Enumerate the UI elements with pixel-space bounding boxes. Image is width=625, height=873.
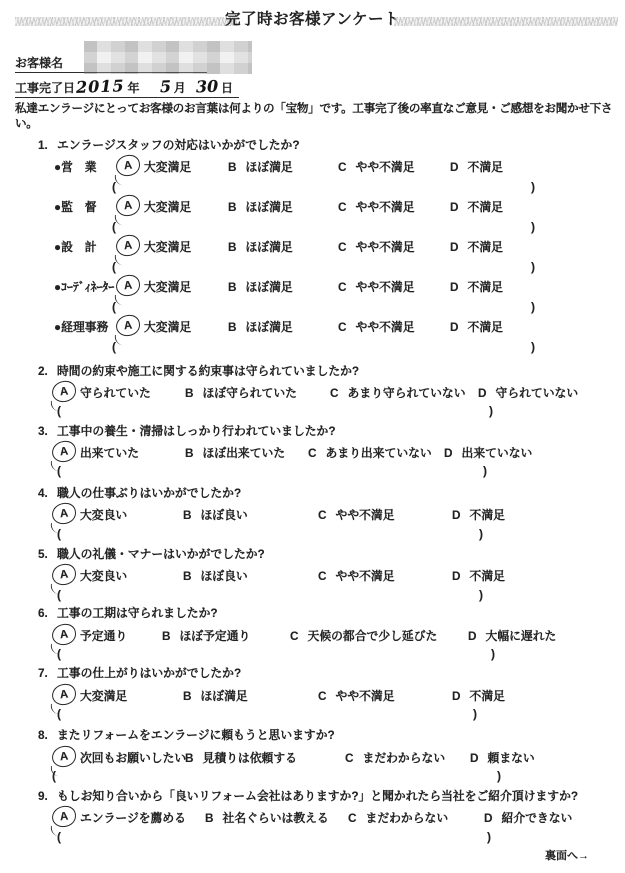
option: Cあまり守られていない — [330, 384, 466, 401]
staff-role-label: ●設 計 — [54, 238, 97, 255]
question-number: 9. — [38, 789, 57, 803]
question-heading: 9.もしお知り合いから「良いリフォーム会社はありますか?」と聞かれたら当社をご紹… — [38, 787, 578, 804]
option-letter: D — [444, 446, 453, 460]
option-letter: B — [185, 446, 194, 460]
selected-answer-letter: A — [123, 239, 133, 252]
paren-close: ) — [531, 260, 535, 274]
option-text: まだわからない — [363, 751, 446, 765]
survey-page: 完了時お客様アンケート お客様名 工事完了日2015年5月30日 私達エンラージ… — [0, 0, 625, 873]
comment-line: () — [0, 830, 625, 850]
option-text: 不満足 — [468, 160, 503, 174]
option: D大幅に遅れた — [468, 627, 556, 644]
option-letter: C — [318, 508, 327, 522]
selected-option-text: 大変良い — [80, 567, 127, 584]
option-letter: B — [228, 320, 237, 334]
question-number: 6. — [38, 606, 57, 620]
selected-answer-circle: A — [115, 234, 141, 257]
question-text: 工事の仕上がりはいかがでしたか? — [57, 666, 241, 680]
selected-option-text: 次回もお願いしたい — [80, 749, 186, 766]
option: D守られていない — [478, 384, 578, 401]
comment-line: () — [0, 707, 625, 727]
option-text: やや不満足 — [336, 689, 395, 703]
paren-close: ) — [491, 647, 495, 661]
staff-role-text: 経理事務 — [61, 320, 108, 334]
option: Cやや不満足 — [338, 158, 415, 175]
selected-option-text: 大変満足 — [144, 318, 191, 335]
comment-line: () — [0, 769, 625, 789]
selected-answer-circle: A — [51, 440, 77, 463]
option: Cやや不満足 — [318, 567, 395, 584]
option-text: ほぼ良い — [201, 569, 248, 583]
questions-section: 1.エンラージスタッフの対応はいかがでしたか?●営 業A大変満足Bほぼ満足Cやや… — [0, 0, 625, 873]
paren-open: ( — [57, 647, 61, 661]
question-text: 工事中の養生・清掃はしっかり行われていましたか? — [57, 424, 336, 438]
option-letter: B — [228, 280, 237, 294]
option-text: ほぼ満足 — [246, 280, 293, 294]
comment-line: () — [0, 527, 625, 547]
option-text: 不満足 — [468, 280, 503, 294]
option-letter: C — [338, 240, 347, 254]
selected-answer-letter: A — [59, 445, 69, 458]
option-text: 大幅に遅れた — [486, 629, 557, 643]
paren-open: ( — [57, 588, 61, 602]
option: D不満足 — [450, 198, 503, 215]
comment-line: () — [0, 300, 625, 320]
paren-close: ) — [479, 588, 483, 602]
question-heading: 2.時間の約束や施工に関する約束事は守られていましたか? — [38, 362, 359, 379]
option: D不満足 — [450, 158, 503, 175]
staff-role-label: ●ｺｰﾃﾞｨﾈｰﾀｰ — [54, 278, 114, 295]
option: Bほぼ出来ていた — [185, 444, 285, 461]
option-letter: C — [318, 569, 327, 583]
selected-answer-letter: A — [59, 750, 69, 763]
paren-open: ( — [112, 220, 116, 234]
option-letter: B — [185, 386, 194, 400]
option-text: ほぼ出来ていた — [203, 446, 286, 460]
option: Bほぼ満足 — [228, 318, 293, 335]
paren-open: ( — [112, 260, 116, 274]
option: D不満足 — [452, 567, 505, 584]
option-row: Aエンラージを薦めるB社名ぐらいは教えるCまだわからないD紹介できない — [0, 809, 625, 829]
option-text: ほぼ良い — [201, 508, 248, 522]
question-heading: 4.職人の仕事ぶりはいかがでしたか? — [38, 484, 241, 501]
option-letter: B — [205, 811, 214, 825]
selected-answer-letter: A — [59, 568, 69, 581]
option-text: ほぼ満足 — [246, 200, 293, 214]
option: Bほぼ満足 — [228, 238, 293, 255]
staff-option-row: ●営 業A大変満足Bほぼ満足Cやや不満足D不満足 — [0, 158, 625, 178]
option: D紹介できない — [484, 809, 572, 826]
selected-option-text: エンラージを薦める — [80, 809, 186, 826]
selected-option-text: 出来ていた — [80, 444, 139, 461]
option-text: ほぼ満足 — [201, 689, 248, 703]
paren-open: ( — [57, 404, 61, 418]
option-letter: D — [468, 629, 477, 643]
question-number: 2. — [38, 364, 57, 378]
selected-answer-letter: A — [123, 199, 133, 212]
option-text: 社名ぐらいは教える — [223, 811, 329, 825]
staff-role-text: 設 計 — [61, 240, 96, 254]
selected-answer-letter: A — [123, 279, 133, 292]
question-heading: 6.工事の工期は守られましたか? — [38, 604, 218, 621]
option-letter: B — [228, 240, 237, 254]
option-text: 不満足 — [470, 689, 505, 703]
option-text: 不満足 — [470, 569, 505, 583]
selected-answer-circle: A — [115, 314, 141, 337]
option: D不満足 — [450, 238, 503, 255]
option: B社名ぐらいは教える — [205, 809, 329, 826]
option-letter: B — [162, 629, 171, 643]
selected-option-text: 守られていた — [80, 384, 151, 401]
paren-close: ) — [479, 527, 483, 541]
option-text: 不満足 — [470, 508, 505, 522]
option-letter: B — [228, 160, 237, 174]
question-number: 5. — [38, 547, 57, 561]
option-text: ほぼ満足 — [246, 320, 293, 334]
paren-close: ) — [531, 340, 535, 354]
selected-answer-circle: A — [51, 745, 77, 768]
option: Bほぼ良い — [183, 506, 248, 523]
option-text: やや不満足 — [356, 240, 415, 254]
selected-answer-circle: A — [51, 502, 77, 525]
option-letter: C — [330, 386, 339, 400]
option-row: A大変良いBほぼ良いCやや不満足D不満足 — [0, 567, 625, 587]
selected-answer-letter: A — [59, 507, 69, 520]
option-text: やや不満足 — [356, 200, 415, 214]
option: D不満足 — [452, 506, 505, 523]
question-number: 1. — [38, 138, 57, 152]
option: Cやや不満足 — [318, 506, 395, 523]
option: Cやや不満足 — [338, 198, 415, 215]
selected-answer-circle: A — [51, 380, 77, 403]
option-row: A予定通りBほぼ予定通りC天候の都合で少し延びたD大幅に遅れた — [0, 627, 625, 647]
paren-open: ( — [112, 340, 116, 354]
question-heading: 5.職人の礼儀・マナーはいかがでしたか? — [38, 545, 265, 562]
option-letter: B — [183, 689, 192, 703]
option-letter: C — [338, 280, 347, 294]
paren-open: ( — [112, 180, 116, 194]
comment-line: () — [0, 260, 625, 280]
option: D不満足 — [452, 687, 505, 704]
staff-role-text: 営 業 — [61, 160, 96, 174]
paren-open: ( — [57, 830, 61, 844]
question-heading: 7.工事の仕上がりはいかがでしたか? — [38, 664, 241, 681]
selected-answer-letter: A — [123, 319, 133, 332]
option-text: 守られていない — [496, 386, 579, 400]
paren-close: ) — [483, 464, 487, 478]
staff-option-row: ●ｺｰﾃﾞｨﾈｰﾀｰA大変満足Bほぼ満足Cやや不満足D不満足 — [0, 278, 625, 298]
option-text: 紹介できない — [502, 811, 573, 825]
paren-open: ( — [57, 527, 61, 541]
option-letter: D — [484, 811, 493, 825]
option-letter: C — [308, 446, 317, 460]
question-text: 工事の工期は守られましたか? — [57, 606, 218, 620]
selected-answer-circle: A — [115, 274, 141, 297]
option-letter: C — [338, 160, 347, 174]
paren-close: ) — [531, 180, 535, 194]
staff-option-row: ●監 督A大変満足Bほぼ満足Cやや不満足D不満足 — [0, 198, 625, 218]
option-letter: D — [450, 320, 459, 334]
selected-option-text: 大変満足 — [80, 687, 127, 704]
option-letter: C — [290, 629, 299, 643]
option-row: A守られていたBほぼ守られていたCあまり守られていないD守られていない — [0, 384, 625, 404]
option-letter: D — [450, 240, 459, 254]
comment-line: () — [0, 340, 625, 360]
option: Bほぼ守られていた — [185, 384, 297, 401]
paren-open: ( — [57, 707, 61, 721]
comment-line: () — [0, 180, 625, 200]
selected-answer-circle: A — [115, 154, 141, 177]
option-row: A大変満足Bほぼ満足Cやや不満足D不満足 — [0, 687, 625, 707]
selected-answer-circle: A — [51, 563, 77, 586]
question-text: エンラージスタッフの対応はいかがでしたか? — [57, 138, 300, 152]
selected-answer-letter: A — [123, 159, 133, 172]
option: D不満足 — [450, 278, 503, 295]
option-letter: D — [452, 689, 461, 703]
option: D出来ていない — [444, 444, 532, 461]
option-text: ほぼ満足 — [246, 160, 293, 174]
selected-answer-circle: A — [51, 805, 77, 828]
option-letter: B — [183, 508, 192, 522]
selected-option-text: 大変満足 — [144, 198, 191, 215]
paren-close: ) — [531, 300, 535, 314]
option-text: やや不満足 — [356, 280, 415, 294]
option-letter: C — [348, 811, 357, 825]
paren-open: ( — [52, 769, 56, 783]
selected-option-text: 大変満足 — [144, 278, 191, 295]
question-number: 7. — [38, 666, 57, 680]
option: Cまだわからない — [348, 809, 448, 826]
selected-option-text: 大変良い — [80, 506, 127, 523]
option-letter: C — [318, 689, 327, 703]
staff-role-text: ｺｰﾃﾞｨﾈｰﾀｰ — [61, 280, 114, 294]
option-text: ほぼ満足 — [246, 240, 293, 254]
option-text: 不満足 — [468, 320, 503, 334]
option-letter: D — [478, 386, 487, 400]
option-letter: C — [345, 751, 354, 765]
option: Bほぼ良い — [183, 567, 248, 584]
option-text: ほぼ守られていた — [203, 386, 297, 400]
option: Bほぼ満足 — [228, 158, 293, 175]
back-page-note: 裏面へ→ — [545, 847, 589, 863]
option: Cやや不満足 — [338, 278, 415, 295]
staff-role-label: ●経理事務 — [54, 318, 108, 335]
option-text: 不満足 — [468, 240, 503, 254]
option-text: やや不満足 — [336, 508, 395, 522]
option-letter: D — [452, 569, 461, 583]
option-letter: B — [228, 200, 237, 214]
paren-open: ( — [57, 464, 61, 478]
option-text: 見積りは依頼する — [203, 751, 297, 765]
selected-answer-letter: A — [59, 688, 69, 701]
comment-line: () — [0, 464, 625, 484]
paren-close: ) — [487, 830, 491, 844]
option-letter: D — [452, 508, 461, 522]
selected-answer-circle: A — [51, 683, 77, 706]
option-text: 頼まない — [488, 751, 535, 765]
question-heading: 3.工事中の養生・清掃はしっかり行われていましたか? — [38, 422, 336, 439]
option-text: 出来ていない — [462, 446, 533, 460]
option: Bほぼ満足 — [228, 198, 293, 215]
option: D頼まない — [470, 749, 535, 766]
selected-answer-letter: A — [59, 385, 69, 398]
option: D不満足 — [450, 318, 503, 335]
paren-close: ) — [531, 220, 535, 234]
option-letter: D — [450, 200, 459, 214]
option-letter: B — [185, 751, 194, 765]
selected-answer-circle: A — [51, 623, 77, 646]
option-text: やや不満足 — [356, 320, 415, 334]
paren-open: ( — [112, 300, 116, 314]
paren-close: ) — [497, 769, 501, 783]
paren-close: ) — [489, 404, 493, 418]
option-text: 不満足 — [468, 200, 503, 214]
option-text: ほぼ予定通り — [180, 629, 251, 643]
option: Bほぼ予定通り — [162, 627, 250, 644]
option-text: まだわからない — [366, 811, 449, 825]
option-text: あまり出来ていない — [326, 446, 432, 460]
option-row: A出来ていたBほぼ出来ていたCあまり出来ていないD出来ていない — [0, 444, 625, 464]
staff-option-row: ●設 計A大変満足Bほぼ満足Cやや不満足D不満足 — [0, 238, 625, 258]
staff-role-label: ●営 業 — [54, 158, 97, 175]
option: C天候の都合で少し延びた — [290, 627, 437, 644]
question-text: 職人の礼儀・マナーはいかがでしたか? — [57, 547, 265, 561]
comment-line: () — [0, 404, 625, 424]
question-text: もしお知り合いから「良いリフォーム会社はありますか?」と聞かれたら当社をご紹介頂… — [57, 789, 578, 803]
option-text: やや不満足 — [356, 160, 415, 174]
staff-option-row: ●経理事務A大変満足Bほぼ満足Cやや不満足D不満足 — [0, 318, 625, 338]
option-letter: D — [450, 280, 459, 294]
question-number: 3. — [38, 424, 57, 438]
option-text: やや不満足 — [336, 569, 395, 583]
option: Bほぼ満足 — [183, 687, 248, 704]
option-letter: D — [450, 160, 459, 174]
selected-option-text: 予定通り — [80, 627, 127, 644]
selected-answer-letter: A — [59, 628, 69, 641]
option-row: A次回もお願いしたいB見積りは依頼するCまだわからないD頼まない — [0, 749, 625, 769]
question-number: 4. — [38, 486, 57, 500]
staff-role-text: 監 督 — [61, 200, 96, 214]
question-number: 8. — [38, 728, 57, 742]
option: Bほぼ満足 — [228, 278, 293, 295]
option: Cまだわからない — [345, 749, 445, 766]
question-text: 職人の仕事ぶりはいかがでしたか? — [57, 486, 241, 500]
option-letter: D — [470, 751, 479, 765]
option-letter: C — [338, 200, 347, 214]
selected-option-text: 大変満足 — [144, 158, 191, 175]
comment-line: () — [0, 220, 625, 240]
selected-option-text: 大変満足 — [144, 238, 191, 255]
option: Cあまり出来ていない — [308, 444, 432, 461]
option: Cやや不満足 — [338, 238, 415, 255]
selected-answer-circle: A — [115, 194, 141, 217]
staff-role-label: ●監 督 — [54, 198, 97, 215]
option: B見積りは依頼する — [185, 749, 297, 766]
paren-close: ) — [473, 707, 477, 721]
option: Cやや不満足 — [318, 687, 395, 704]
option-row: A大変良いBほぼ良いCやや不満足D不満足 — [0, 506, 625, 526]
option-text: 天候の都合で少し延びた — [308, 629, 438, 643]
option-letter: B — [183, 569, 192, 583]
option-letter: C — [338, 320, 347, 334]
option: Cやや不満足 — [338, 318, 415, 335]
question-text: またリフォームをエンラージに頼もうと思いますか? — [57, 728, 335, 742]
selected-answer-letter: A — [59, 810, 69, 823]
question-text: 時間の約束や施工に関する約束事は守られていましたか? — [57, 364, 359, 378]
option-text: あまり守られていない — [348, 386, 466, 400]
question-heading: 8.またリフォームをエンラージに頼もうと思いますか? — [38, 726, 335, 743]
question-heading: 1.エンラージスタッフの対応はいかがでしたか? — [38, 136, 300, 153]
